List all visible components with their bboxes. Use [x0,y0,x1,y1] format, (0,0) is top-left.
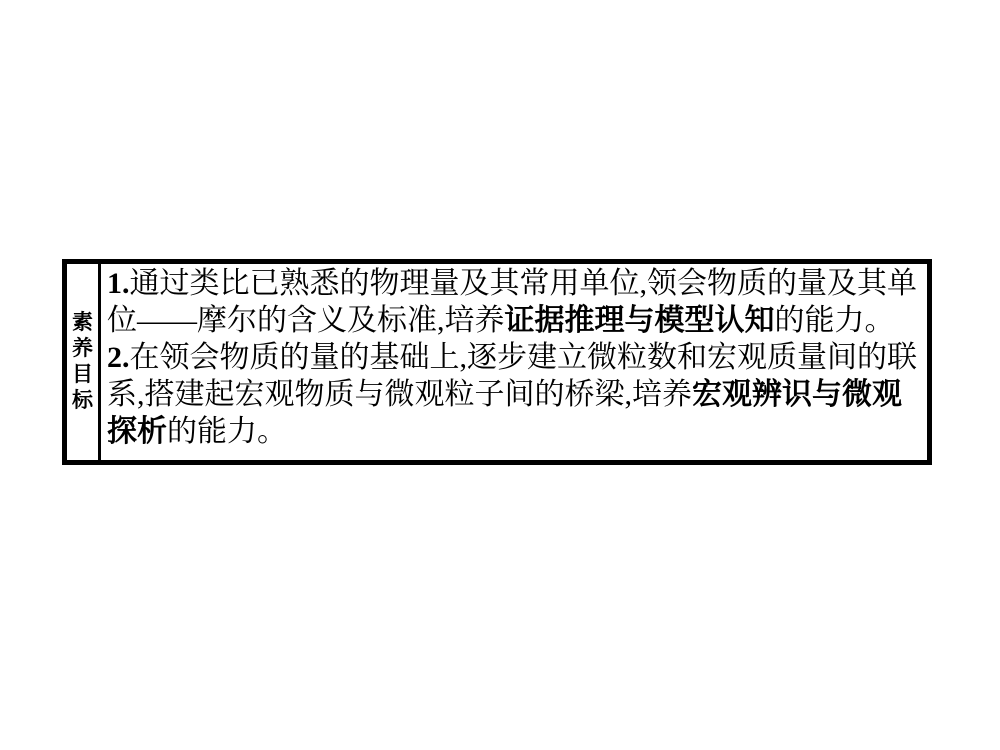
goal-item-1: 1.通过类比已熟悉的物理量及其常用单位,领会物质的量及其单位——摩尔的含义及标准… [107,265,922,339]
text-run-num: 2. [107,341,130,374]
slide-canvas: 素养目标 1.通过类比已熟悉的物理量及其常用单位,领会物质的量及其单位——摩尔的… [0,0,1000,750]
text-run-num: 1. [107,267,130,300]
panel-side-label: 素养目标 [71,310,94,414]
goal-item-2: 2.在领会物质的量的基础上,逐步建立微粒数和宏观质量间的联系,搭建起宏观物质与微… [107,339,922,450]
text-run-plain: 的能力。 [167,415,287,448]
panel-side-label-column: 素养目标 [67,264,101,460]
text-run-em: 证据推理与模型认知 [505,304,775,337]
panel-content: 1.通过类比已熟悉的物理量及其常用单位,领会物质的量及其单位——摩尔的含义及标准… [101,264,927,460]
competency-goals-panel: 素养目标 1.通过类比已熟悉的物理量及其常用单位,领会物质的量及其单位——摩尔的… [62,259,932,465]
text-run-plain: 的能力。 [775,304,895,337]
